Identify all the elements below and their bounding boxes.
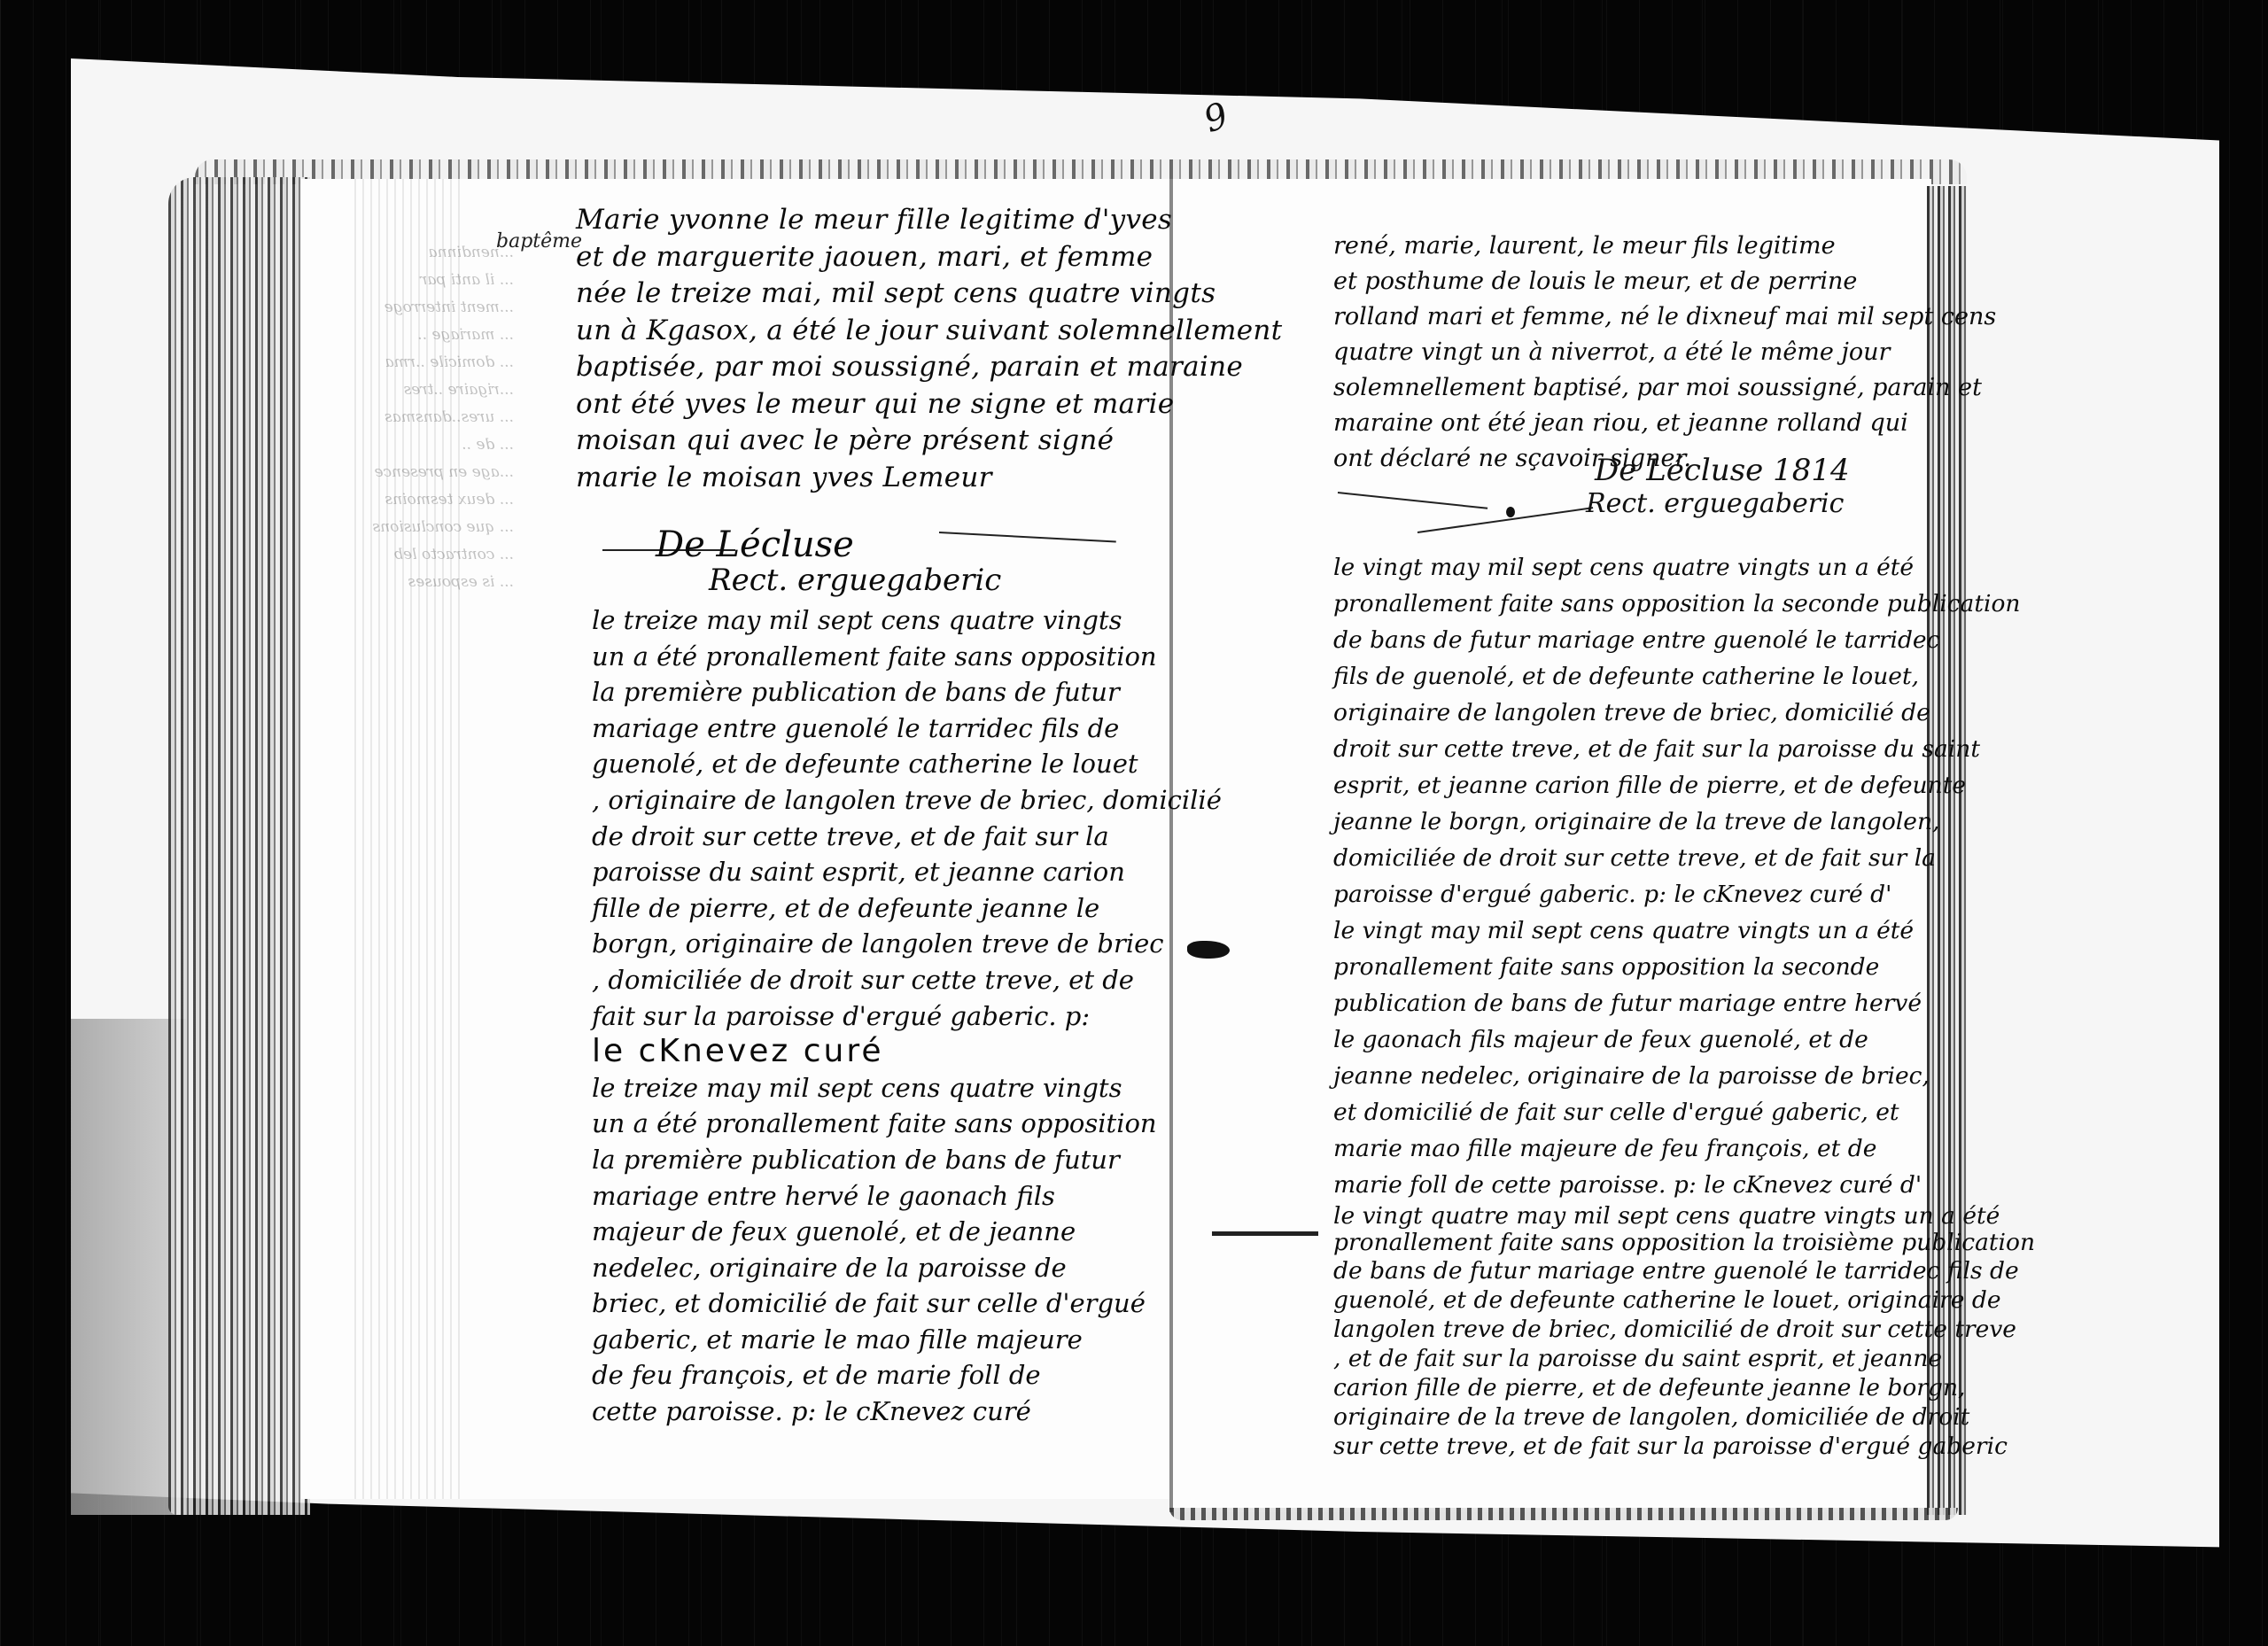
margin-annotation: baptême [496, 230, 582, 252]
entry-line: de bans de futur mariage entre guenolé l… [1333, 1256, 2035, 1285]
entry-line: esprit, et jeanne carion fille de pierre… [1333, 767, 2035, 804]
entry-line: pronallement faite sans opposition la tr… [1333, 1230, 2035, 1256]
entry-line: , et de fait sur la paroisse du saint es… [1333, 1344, 2035, 1373]
entry-line: née le treize mai, mil sept cens quatre … [576, 276, 1282, 313]
bleed-line: ... contracto leb [354, 541, 514, 569]
entry-line: un à Kgasox, a été le jour suivant solem… [576, 313, 1282, 350]
entry-line: pronallement faite sans opposition la se… [1333, 949, 2035, 985]
entry-line: borgn, originaire de langolen treve de b… [592, 926, 1222, 962]
book-bottom-edge [1169, 1508, 1958, 1520]
bleed-line: ... mariage .. [354, 322, 514, 349]
entry-line: fils de guenolé, et de defeunte catherin… [1333, 658, 2035, 695]
entry-line: carion fille de pierre, et de defeunte j… [1333, 1373, 2035, 1402]
entry-line: de feu françois, et de marie foll de [592, 1357, 1222, 1394]
bleed-line: ...ment interroge [354, 294, 514, 322]
entry-line: le vingt may mil sept cens quatre vingts… [1333, 912, 2035, 949]
entry-line: droit sur cette treve, et de fait sur la… [1333, 731, 2035, 767]
entry-line: maraine ont été jean riou, et jeanne rol… [1333, 406, 1996, 441]
entry-line: le vingt may mil sept cens quatre vingts… [1333, 549, 2035, 586]
curate-signature: le cKnevez curé [592, 1034, 1222, 1070]
entry-line: le treize may mil sept cens quatre vingt… [592, 1070, 1222, 1106]
entry-line: le vingt quatre may mil sept cens quatre… [1333, 1203, 2035, 1230]
entry-line: marie foll de cette paroisse. p: le cKne… [1333, 1167, 2035, 1203]
entry-line: jeanne le borgn, originaire de la treve … [1333, 804, 2035, 840]
ink-blot [1187, 941, 1230, 959]
bleed-line: ... deux tesmoins [354, 486, 514, 514]
bleed-line: ... que conclusions [354, 514, 514, 541]
entry-line: et de marguerite jaouen, mari, et femme [576, 239, 1282, 276]
entry-line: marie mao fille majeure de feu françois,… [1333, 1130, 2035, 1167]
bleed-line: ...nendinna [354, 239, 514, 267]
entry-line: sur cette treve, et de fait sur la paroi… [1333, 1432, 2035, 1461]
entry-line: jeanne nedelec, originaire de la paroiss… [1333, 1058, 2035, 1094]
left-section-heading: De Lécluse Rect. erguegaberic [656, 527, 1001, 598]
entry-line: fille de pierre, et de defeunte jeanne l… [592, 890, 1222, 927]
right-banns-entries: le vingt may mil sept cens quatre vingts… [1333, 549, 2035, 1461]
entry-line: paroisse du saint esprit, et jeanne cari… [592, 854, 1222, 890]
entry-line: un a été pronallement faite sans opposit… [592, 639, 1222, 675]
entry-line: langolen treve de briec, domicilié de dr… [1333, 1315, 2035, 1344]
ink-stroke [1212, 1231, 1318, 1236]
entry-line: pronallement faite sans opposition la se… [1333, 586, 2035, 622]
entry-line: de droit sur cette treve, et de fait sur… [592, 819, 1222, 855]
entry-line: quatre vingt un à niverrot, a été le mêm… [1333, 335, 1996, 370]
bleed-line: ... il anti par [354, 267, 514, 294]
heading-line1: De Lécluse 1814 [1595, 453, 1850, 488]
bleed-line: ... de .. [354, 431, 514, 459]
book-left-fore-edge [168, 177, 310, 1515]
entry-line: originaire de langolen treve de briec, d… [1333, 695, 2035, 731]
entry-line: majeur de feux guenolé, et de jeanne [592, 1214, 1222, 1250]
entry-line: la première publication de bans de futur [592, 1142, 1222, 1178]
entry-line: fait sur la paroisse d'ergué gaberic. p: [592, 998, 1222, 1035]
entry-line: briec, et domicilié de fait sur celle d'… [592, 1285, 1222, 1322]
entry-line: solemnellement baptisé, par moi soussign… [1333, 370, 1996, 406]
entry-line: paroisse d'ergué gaberic. p: le cKnevez … [1333, 876, 2035, 912]
entry-line: cette paroisse. p: le cKnevez curé [592, 1394, 1222, 1430]
entry-line: le treize may mil sept cens quatre vingt… [592, 602, 1222, 639]
left-banns-entries: le treize may mil sept cens quatre vingt… [592, 602, 1222, 1430]
entry-line: mariage entre hervé le gaonach fils [592, 1178, 1222, 1215]
entry-line: originaire de la treve de langolen, domi… [1333, 1402, 2035, 1432]
entry-line: de bans de futur mariage entre guenolé l… [1333, 622, 2035, 658]
entry-line: le gaonach fils majeur de feux guenolé, … [1333, 1021, 2035, 1058]
entry-line: , originaire de langolen treve de briec,… [592, 782, 1222, 819]
entry-line: domiciliée de droit sur cette treve, et … [1333, 840, 2035, 876]
bleed-line: ... ures..dansmas [354, 404, 514, 431]
left-baptism-entry: Marie yvonne le meur fille legitime d'yv… [576, 202, 1282, 496]
heading-line1: De Lécluse [656, 524, 854, 565]
entry-line: Marie yvonne le meur fille legitime d'yv… [576, 202, 1282, 239]
entry-line: publication de bans de futur mariage ent… [1333, 985, 2035, 1021]
right-section-heading: De Lécluse 1814 Rect. erguegaberic [1595, 454, 1850, 521]
heading-line2: Rect. erguegaberic [709, 563, 1001, 598]
entry-line: un a été pronallement faite sans opposit… [592, 1106, 1222, 1142]
entry-line: , domiciliée de droit sur cette treve, e… [592, 962, 1222, 998]
entry-line: gaberic, et marie le mao fille majeure [592, 1322, 1222, 1358]
bleed-line: ... is espouses [354, 569, 514, 596]
entry-line: guenolé, et de defeunte catherine le lou… [1333, 1285, 2035, 1315]
entry-line: et domicilié de fait sur celle d'ergué g… [1333, 1094, 2035, 1130]
entry-line: nedelec, originaire de la paroisse de [592, 1250, 1222, 1286]
entry-line: mariage entre guenolé le tarridec fils d… [592, 710, 1222, 747]
signatures-line: marie le moisan yves Lemeur [576, 460, 1282, 497]
bleed-through-text: ...nendinna ... il anti par ...ment inte… [354, 239, 514, 596]
entry-line: la première publication de bans de futur [592, 674, 1222, 710]
entry-line: rolland mari et femme, né le dixneuf mai… [1333, 299, 1996, 335]
entry-line: baptisée, par moi soussigné, parain et m… [576, 349, 1282, 386]
entry-line: et posthume de louis le meur, et de perr… [1333, 264, 1996, 299]
bleed-line: ... domicile ..rma [354, 349, 514, 377]
entry-line: ont été yves le meur qui ne signe et mar… [576, 386, 1282, 423]
right-baptism-entry: rené, marie, laurent, le meur fils legit… [1333, 229, 1996, 477]
bleed-line: ...age en presence [354, 459, 514, 486]
heading-line2: Rect. erguegaberic [1586, 487, 1850, 521]
entry-line: rené, marie, laurent, le meur fils legit… [1333, 229, 1996, 264]
ink-dot [1506, 507, 1515, 517]
entry-line: guenolé, et de defeunte catherine le lou… [592, 746, 1222, 782]
bleed-line: ...rigaire ..tres [354, 377, 514, 404]
entry-line: moisan qui avec le père présent signé [576, 423, 1282, 460]
